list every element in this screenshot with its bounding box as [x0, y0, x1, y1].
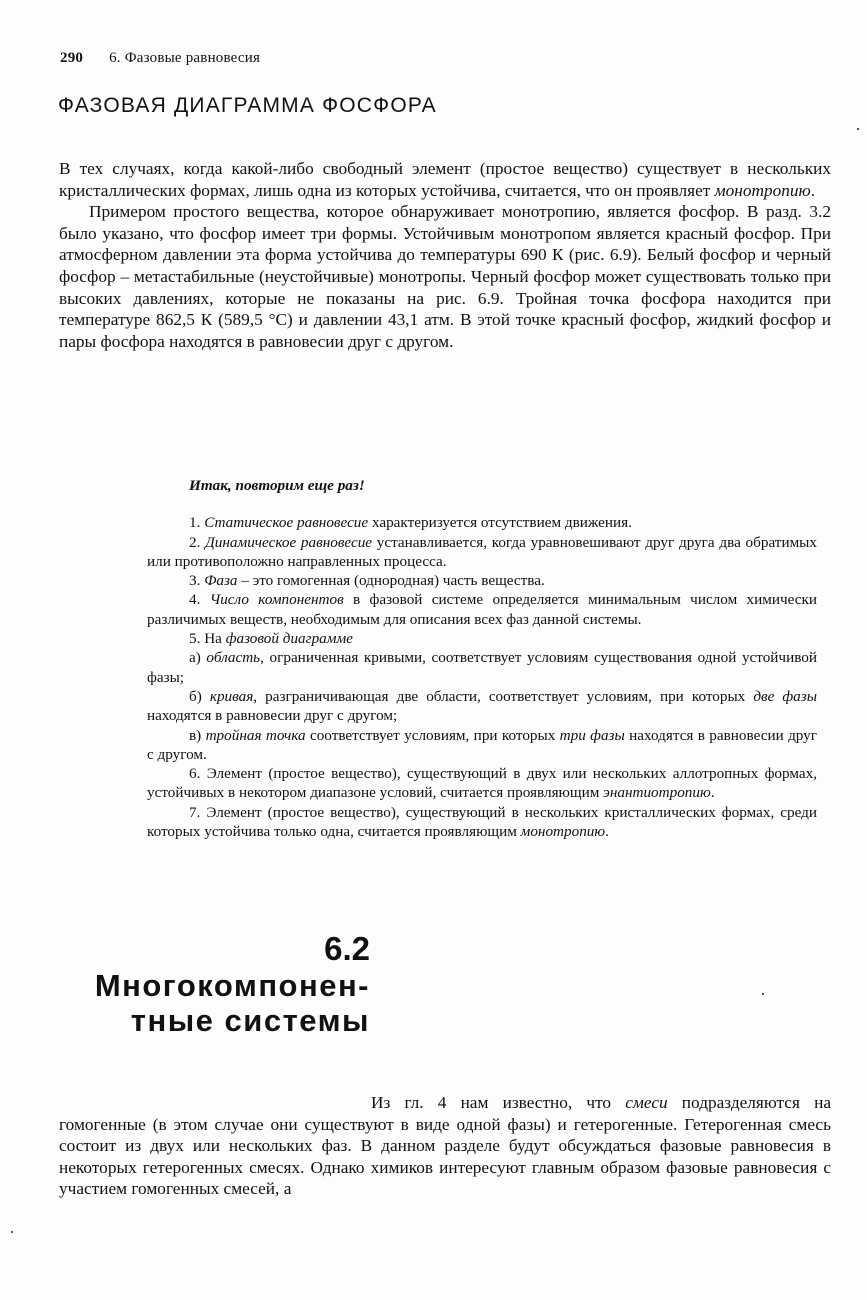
paragraph-lead: Из гл. 4 нам известно, что — [371, 1093, 625, 1112]
item-term: фазовой диаграмме — [226, 630, 353, 647]
item-term: область — [206, 649, 260, 666]
chapter-intro-text: Из гл. 4 нам известно, что смеси подразд… — [59, 1092, 831, 1200]
summary-item-7: 7. Элемент (простое вещество), существую… — [147, 803, 817, 842]
item-number: 7. — [189, 804, 206, 821]
paragraph-phosphorus: Примером простого вещества, которое обна… — [59, 201, 831, 352]
item-text: – это гомогенная (однородная) часть веще… — [238, 572, 545, 589]
scan-speck — [762, 993, 764, 995]
item-number: 4. — [189, 591, 210, 608]
item-number: 1. — [189, 514, 204, 531]
item-text: характеризуется отсутствием движения. — [368, 514, 632, 531]
item-term: Фаза — [204, 572, 237, 589]
item-term: Статическое равновесие — [204, 514, 368, 531]
item-number: 6. — [189, 765, 207, 782]
phosphorus-text: В тех случаях, когда какой-либо свободны… — [59, 158, 831, 352]
summary-item-2: 2. Динамическое равновесие устанавливает… — [147, 533, 817, 572]
item-text: находятся в равновесии друг с другом; — [147, 707, 397, 724]
chapter-title-line-1: Многокомпонен- — [58, 968, 370, 1003]
item-number: в) — [189, 727, 206, 744]
section-title: ФАЗОВАЯ ДИАГРАММА ФОСФОРА — [58, 94, 437, 118]
summary-item-5c: в) тройная точка соответствует условиям,… — [147, 726, 817, 765]
summary-item-6: 6. Элемент (простое вещество), существую… — [147, 764, 817, 803]
item-term: три фазы — [560, 727, 625, 744]
term-mixtures: смеси — [625, 1093, 667, 1112]
running-title: 6. Фазовые равновесия — [109, 50, 260, 66]
item-term: тройная точка — [206, 727, 306, 744]
scan-speck — [857, 128, 859, 130]
page-number: 290 — [60, 50, 83, 66]
item-text: , разграничивающая две области, соответс… — [253, 688, 753, 705]
item-term: кривая — [210, 688, 253, 705]
chapter-title: Многокомпонен- тные системы — [58, 968, 370, 1038]
item-number: 3. — [189, 572, 204, 589]
paragraph-mixtures: Из гл. 4 нам известно, что смеси подразд… — [59, 1092, 831, 1200]
paragraph-monotropy-definition: В тех случаях, когда какой-либо свободны… — [59, 158, 831, 201]
item-text: . — [605, 823, 609, 840]
chapter-number: 6.2 — [316, 930, 370, 968]
item-term: монотропию — [521, 823, 605, 840]
paragraph-end: . — [811, 181, 815, 200]
summary-item-4: 4. Число компонентов в фазовой системе о… — [147, 590, 817, 629]
chapter-title-line-2: тные системы — [58, 1003, 370, 1038]
scan-speck — [11, 1231, 13, 1233]
summary-item-1: 1. Статическое равновесие характеризуетс… — [147, 513, 817, 532]
summary-item-5: 5. На фазовой диаграмме — [147, 629, 817, 648]
term-monotropy: монотропию — [715, 181, 811, 200]
item-term: энантиотропию — [603, 784, 711, 801]
summary-item-5b: б) кривая, разграничивающая две области,… — [147, 687, 817, 726]
summary-heading: Итак, повторим еще раз! — [147, 476, 817, 495]
item-text: Элемент (простое вещество), существующий… — [147, 804, 817, 840]
item-text: Элемент (простое вещество), существующий… — [147, 765, 817, 801]
item-number: 5. На — [189, 630, 226, 647]
item-term: две фазы — [753, 688, 817, 705]
summary-item-5a: а) область, ограниченная кривыми, соотве… — [147, 648, 817, 687]
summary-item-3: 3. Фаза – это гомогенная (однородная) ча… — [147, 571, 817, 590]
item-number: б) — [189, 688, 210, 705]
item-text: соответствует условиям, при которых — [306, 727, 560, 744]
item-number: 2. — [189, 534, 205, 551]
running-head: 2906. Фазовые равновесия — [60, 50, 260, 67]
item-number: а) — [189, 649, 206, 666]
item-term: Число компонентов — [210, 591, 344, 608]
item-term: Динамическое равновесие — [205, 534, 372, 551]
summary-box: Итак, повторим еще раз! 1. Статическое р… — [147, 476, 817, 841]
item-text: . — [711, 784, 715, 801]
